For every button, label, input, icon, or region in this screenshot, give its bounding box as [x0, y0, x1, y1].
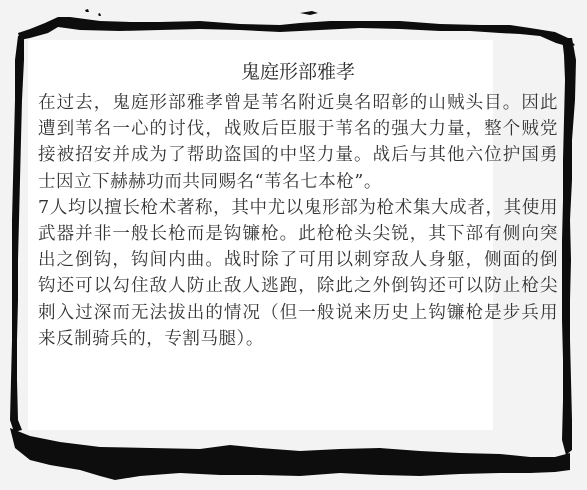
article-paragraph-2: 7人均以擅长枪术著称，其中尤以鬼形部为枪术集大成者，其使用武器并非一般长枪而是钩…: [38, 195, 558, 352]
article-paragraph-1: 在过去，鬼庭形部雅孝曾是苇名附近臭名昭彰的山贼头目。因此遭到苇名一心的讨伐，战败…: [38, 90, 558, 195]
article-title: 鬼庭形部雅孝: [38, 60, 558, 84]
frame-top-splash: [85, 9, 318, 16]
frame-left-stroke: [10, 36, 24, 432]
article: 鬼庭形部雅孝 在过去，鬼庭形部雅孝曾是苇名附近臭名昭彰的山贼头目。因此遭到苇名一…: [38, 50, 558, 440]
frame-right-stroke: [562, 38, 576, 455]
